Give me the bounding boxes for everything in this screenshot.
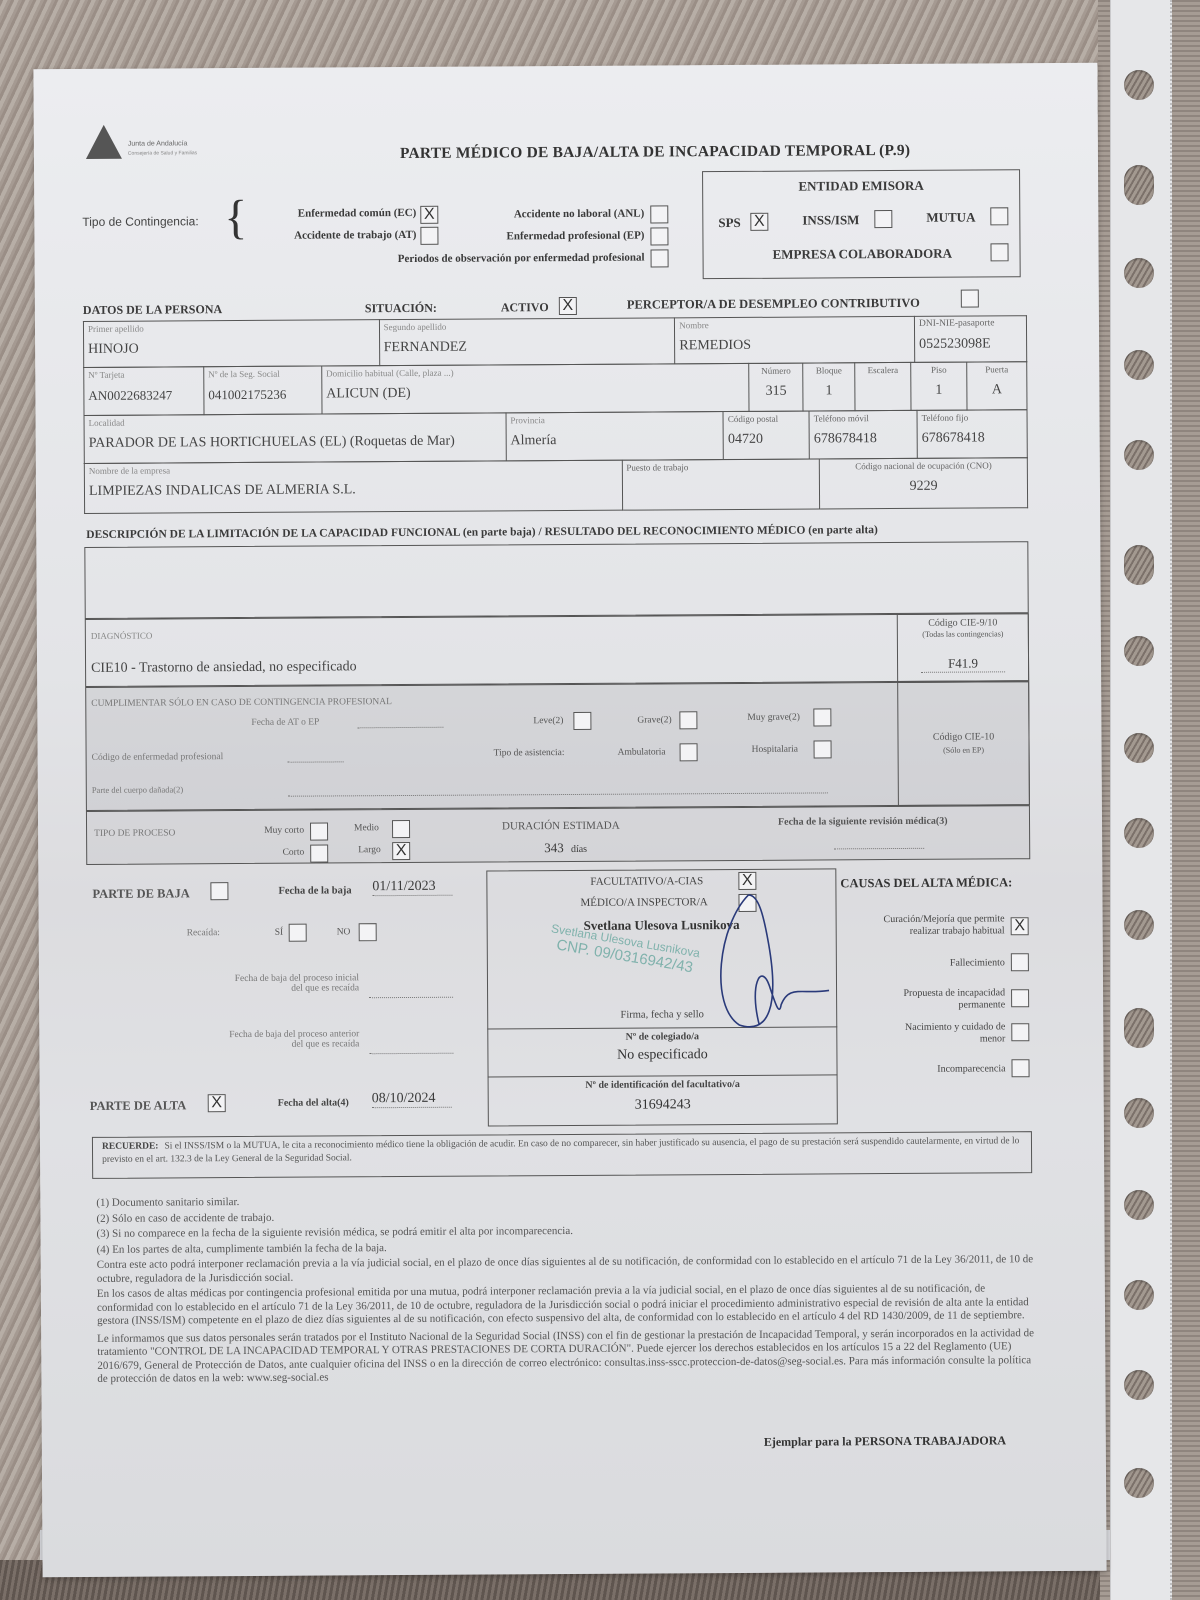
primer-apellido-field[interactable]: HINOJO <box>88 340 375 358</box>
provincia-label: Provincia <box>510 414 719 429</box>
proceso-inicial-label: Fecha de baja del proceso inicial del qu… <box>159 973 359 994</box>
page-title: PARTE MÉDICO DE BAJA/ALTA DE INCAPACIDAD… <box>400 142 910 163</box>
entidad-emisora-title: ENTIDAD EMISORA <box>702 177 1020 195</box>
fecha-at-ep-label: Fecha de AT o EP <box>251 718 319 728</box>
causa-nacimiento-line2: menor <box>819 1033 1005 1046</box>
identificacion-field[interactable]: 31694243 <box>488 1096 838 1114</box>
causa-curacion-checkbox[interactable]: X <box>1011 917 1029 935</box>
causa-incomparecencia-label: Incomparecencia <box>819 1063 1005 1075</box>
entidad-sps-checkbox[interactable]: X <box>750 213 768 231</box>
cno-label: Código nacional de ocupación (CNO) <box>824 460 1023 475</box>
recaida-si-checkbox[interactable] <box>289 924 307 942</box>
causa-nacimiento-label: Nacimiento y cuidado de menor <box>819 1021 1005 1046</box>
dni-field[interactable]: 052523098E <box>919 336 1022 353</box>
persona-grid-row4: Nombre de la empresa LIMPIEZAS INDALICAS… <box>84 457 1028 514</box>
causa-curacion-line2: realizar trabajo habitual <box>819 925 1005 938</box>
codigo-ep-label: Código de enfermedad profesional <box>92 752 224 763</box>
datos-persona-title: DATOS DE LA PERSONA <box>83 302 222 318</box>
empresa-field[interactable]: LIMPIEZAS INDALICAS DE ALMERIA S.L. <box>89 481 618 500</box>
empresa-label: Nombre de la empresa <box>89 463 618 480</box>
medio-checkbox[interactable] <box>392 820 410 838</box>
nombre-cell: Nombre REMEDIOS <box>675 316 915 363</box>
largo-checkbox[interactable]: X <box>392 842 410 860</box>
tipo-asistencia-label: Tipo de asistencia: <box>494 748 565 758</box>
telefono-movil-field[interactable]: 678678418 <box>814 431 913 448</box>
sleeve-binder-strip <box>1110 0 1172 1600</box>
corto-label: Corto <box>228 848 304 858</box>
recaida-no-label: NO <box>337 927 351 937</box>
leve-label: Leve(2) <box>533 716 563 726</box>
contingencia-observacion-label: Periodos de observación por enfermedad p… <box>295 252 645 266</box>
contingencia-ep-label: Enfermedad profesional (EP) <box>454 230 644 243</box>
legal-reclamacion: Contra este acto podrá interponer reclam… <box>97 1253 1037 1286</box>
duracion-value[interactable]: 343 días <box>544 840 587 856</box>
contingencia-label: Tipo de Contingencia: <box>82 214 198 229</box>
descripcion-title: DESCRIPCIÓN DE LA LIMITACIÓN DE LA CAPAC… <box>86 524 878 541</box>
causa-incapacidad-line1: Propuesta de incapacidad <box>819 987 1005 1000</box>
seg-social-label: Nº de la Seg. Social <box>208 369 317 384</box>
tarjeta-field[interactable]: AN0022683247 <box>88 387 199 404</box>
recaida-no-checkbox[interactable] <box>359 923 377 941</box>
dni-label: DNI-NIE-pasaporte <box>919 318 1022 333</box>
telefono-movil-cell: Teléfono móvil 678678418 <box>809 410 917 459</box>
segundo-apellido-field[interactable]: FERNANDEZ <box>384 338 671 356</box>
puesto-label: Puesto de trabajo <box>626 461 815 476</box>
cie10-ep-sublabel: (Sólo en EP) <box>898 745 1030 755</box>
medio-label: Medio <box>354 823 379 833</box>
codigo-postal-field[interactable]: 04720 <box>728 432 805 448</box>
telefono-fijo-field[interactable]: 678678418 <box>922 430 1023 447</box>
binder-hole-icon <box>1124 1008 1154 1048</box>
causa-curacion-line1: Curación/Mejoría que permite <box>819 913 1005 926</box>
binder-hole-icon <box>1124 910 1154 940</box>
codigo-cie-label: Código CIE-9/10 <box>897 617 1029 629</box>
muy-corto-checkbox[interactable] <box>310 822 328 840</box>
localidad-cell: Localidad PARADOR DE LAS HORTICHUELAS (E… <box>84 413 506 464</box>
bloque-field[interactable]: 1 <box>808 383 851 399</box>
activo-label: ACTIVO <box>501 300 549 315</box>
parte-cuerpo-label: Parte del cuerpo dañada(2) <box>92 784 183 795</box>
ambulatoria-checkbox[interactable] <box>680 743 698 761</box>
logo-subtext: Consejería de Salud y Familias <box>128 150 197 156</box>
cie10-ep-box <box>897 681 1030 806</box>
segundo-apellido-label: Segundo apellido <box>384 320 671 336</box>
causa-incapacidad-label: Propuesta de incapacidad permanente <box>819 987 1005 1012</box>
legal-proteccion-datos: Le informamos que sus datos personales s… <box>97 1327 1037 1387</box>
escalera-label: Escalera <box>859 365 906 379</box>
duracion-days: 343 <box>544 840 564 855</box>
contingencia-profesional-title: CUMPLIMENTAR SÓLO EN CASO DE CONTINGENCI… <box>91 697 392 709</box>
binder-hole-icon <box>1124 1468 1154 1498</box>
revision-label: Fecha de la siguiente revisión médica(3) <box>778 816 948 828</box>
recuerde-label: RECUERDE: <box>102 1142 159 1152</box>
binder-hole-icon <box>1124 1190 1154 1220</box>
persona-grid-row3: Localidad PARADOR DE LAS HORTICHUELAS (E… <box>84 409 1028 464</box>
tipo-proceso-title: TIPO DE PROCESO <box>94 828 175 838</box>
descripcion-field[interactable] <box>84 541 1028 619</box>
brace-icon: { <box>224 194 247 242</box>
activo-checkbox[interactable]: X <box>559 297 577 315</box>
footnotes: (1) Documento sanitario similar. (2) Sól… <box>96 1191 1037 1388</box>
diagnostico-field[interactable]: CIE10 - Trastorno de ansiedad, no especi… <box>91 659 357 677</box>
colegiado-label: Nº de colegiado/a <box>487 1030 837 1043</box>
logo-a-icon <box>86 125 122 159</box>
binder-hole-icon <box>1124 440 1154 470</box>
junta-andalucia-logo <box>86 125 122 159</box>
domicilio-field[interactable]: ALICUN (DE) <box>326 384 744 403</box>
duracion-unit: días <box>571 844 587 855</box>
codigo-cie-field[interactable]: F41.9 <box>921 655 1005 673</box>
numero-label: Número <box>753 366 798 380</box>
muy-corto-label: Muy corto <box>228 826 304 836</box>
segundo-apellido-cell: Segundo apellido FERNANDEZ <box>379 318 675 366</box>
entidad-empresa-checkbox[interactable] <box>990 243 1008 261</box>
hospitalaria-label: Hospitalaria <box>752 745 798 755</box>
duracion-label: DURACIÓN ESTIMADA <box>502 820 620 833</box>
causa-incapacidad-checkbox[interactable] <box>1011 989 1029 1007</box>
fecha-baja-field[interactable]: 01/11/2023 <box>372 879 452 896</box>
proceso-anterior-label-line2: del que es recaída <box>159 1039 359 1050</box>
binder-hole-icon <box>1124 1098 1154 1128</box>
legal-mutua: En los casos de altas médicas por contin… <box>97 1282 1037 1328</box>
parte-baja-checkbox[interactable] <box>210 882 228 900</box>
piso-field[interactable]: 1 <box>915 383 962 399</box>
contingencia-ep-checkbox[interactable] <box>650 227 668 245</box>
proceso-inicial-field[interactable] <box>369 997 453 999</box>
causa-fallecimiento-checkbox[interactable] <box>1011 953 1029 971</box>
ambulatoria-label: Ambulatoria <box>618 747 666 757</box>
persona-grid-row2: Nº Tarjeta AN0022683247 Nº de la Seg. So… <box>83 361 1027 416</box>
firma-label: Firma, fecha y sello <box>487 1008 837 1021</box>
codigo-postal-cell: Código postal 04720 <box>723 411 809 460</box>
binder-hole-icon <box>1124 350 1154 380</box>
telefono-fijo-cell: Teléfono fijo 678678418 <box>917 410 1027 459</box>
contingencia-ec-label: Enfermedad común (EC) <box>246 207 416 220</box>
tarjeta-cell: Nº Tarjeta AN0022683247 <box>84 367 204 416</box>
recaida-si-label: SÍ <box>275 928 284 938</box>
colegiado-field[interactable]: No especificado <box>487 1046 837 1064</box>
puesto-field[interactable] <box>626 479 815 480</box>
telefono-movil-label: Teléfono móvil <box>814 413 913 428</box>
recaida-label: Recaída: <box>187 928 220 938</box>
causa-nacimiento-line1: Nacimiento y cuidado de <box>819 1021 1005 1034</box>
binder-hole-icon <box>1124 545 1154 585</box>
codigo-postal-label: Código postal <box>728 414 805 428</box>
domicilio-cell: Domicilio habitual (Calle, plaza ...) AL… <box>322 363 750 414</box>
proceso-anterior-field[interactable] <box>369 1053 453 1055</box>
nombre-label: Nombre <box>679 319 910 334</box>
causa-curacion-label: Curación/Mejoría que permite realizar tr… <box>819 913 1005 938</box>
puerta-label: Puerta <box>971 364 1022 378</box>
binder-hole-icon <box>1124 165 1154 205</box>
piso-cell: Piso 1 <box>911 362 967 410</box>
causa-incapacidad-line2: permanente <box>819 999 1005 1012</box>
localidad-label: Localidad <box>89 415 502 432</box>
bloque-label: Bloque <box>807 365 850 379</box>
localidad-field[interactable]: PARADOR DE LAS HORTICHUELAS (EL) (Roquet… <box>89 433 502 452</box>
entidad-mutua-label: MUTUA <box>926 210 975 226</box>
puerta-field[interactable]: A <box>971 382 1022 398</box>
domicilio-label: Domicilio habitual (Calle, plaza ...) <box>326 366 744 383</box>
telefono-fijo-label: Teléfono fijo <box>922 412 1023 427</box>
dni-cell: DNI-NIE-pasaporte 052523098E <box>914 316 1026 363</box>
cie10-ep-label: Código CIE-10 <box>897 731 1029 743</box>
puesto-cell: Puesto de trabajo <box>622 459 820 510</box>
hospitalaria-checkbox[interactable] <box>814 740 832 758</box>
binder-hole-icon <box>1124 733 1154 763</box>
cias-label: FACULTATIVO/A-CIAS <box>590 875 703 888</box>
muy-grave-checkbox[interactable] <box>813 708 831 726</box>
binder-hole-icon <box>1124 1280 1154 1310</box>
identificacion-label: Nº de identificación del facultativo/a <box>488 1078 838 1091</box>
binder-hole-icon <box>1124 70 1154 100</box>
seg-social-cell: Nº de la Seg. Social 041002175236 <box>204 366 322 415</box>
bloque-cell: Bloque 1 <box>803 363 855 411</box>
parte-alta-label: PARTE DE ALTA <box>90 1098 187 1114</box>
ejemplar-label: Ejemplar para la PERSONA TRABAJADORA <box>764 1433 1006 1449</box>
causa-nacimiento-checkbox[interactable] <box>1011 1023 1029 1041</box>
cno-cell: Código nacional de ocupación (CNO) 9229 <box>820 458 1028 509</box>
cno-field[interactable]: 9229 <box>824 478 1023 495</box>
fecha-baja-label: Fecha de la baja <box>278 885 351 896</box>
entidad-inss-label: INSS/ISM <box>802 212 859 228</box>
binder-hole-icon <box>1124 818 1154 848</box>
causa-incomparecencia-checkbox[interactable] <box>1011 1059 1029 1077</box>
muy-grave-label: Muy grave(2) <box>747 713 800 723</box>
puerta-cell: Puerta A <box>967 362 1027 410</box>
entidad-mutua-checkbox[interactable] <box>990 207 1008 225</box>
contingencia-anl-label: Accidente no laboral (ANL) <box>454 208 644 221</box>
nombre-field[interactable]: REMEDIOS <box>679 337 910 354</box>
medical-form-paper: Junta de Andalucía Consejería de Salud y… <box>33 63 1106 1577</box>
contingencia-anl-checkbox[interactable] <box>650 205 668 223</box>
binder-hole-icon <box>1124 258 1154 288</box>
causas-alta-title: CAUSAS DEL ALTA MÉDICA: <box>840 875 1012 891</box>
contingencia-at-checkbox[interactable] <box>420 227 438 245</box>
leve-checkbox[interactable] <box>573 712 591 730</box>
perceptor-label: PERCEPTOR/A DE DESEMPLEO CONTRIBUTIVO <box>627 296 920 313</box>
contingencia-observacion-checkbox[interactable] <box>651 249 669 267</box>
causa-fallecimiento-label: Fallecimiento <box>819 957 1005 969</box>
parte-alta-checkbox[interactable]: X <box>208 1094 226 1112</box>
entidad-empresa-label: EMPRESA COLABORADORA <box>773 246 953 263</box>
primer-apellido-cell: Primer apellido HINOJO <box>83 320 379 368</box>
fecha-alta-field[interactable]: 08/10/2024 <box>372 1091 452 1108</box>
tarjeta-label: Nº Tarjeta <box>88 369 199 384</box>
situacion-label: SITUACIÓN: <box>365 301 437 316</box>
entidad-sps-label: SPS <box>718 215 741 231</box>
proceso-anterior-label: Fecha de baja del proceso anterior del q… <box>159 1029 359 1050</box>
contingencia-at-label: Accidente de trabajo (AT) <box>246 229 416 242</box>
grave-label: Grave(2) <box>637 715 671 725</box>
provincia-cell: Provincia Almería <box>506 412 724 461</box>
primer-apellido-label: Primer apellido <box>88 322 375 338</box>
proceso-inicial-label-line2: del que es recaída <box>159 983 359 994</box>
fecha-alta-label: Fecha del alta(4) <box>278 1097 349 1108</box>
corto-checkbox[interactable] <box>310 844 328 862</box>
provincia-field[interactable]: Almería <box>510 432 719 449</box>
parte-baja-label: PARTE DE BAJA <box>92 886 189 902</box>
persona-grid-row1: Primer apellido HINOJO Segundo apellido … <box>83 315 1027 368</box>
codigo-cie-sublabel: (Todas las contingencias) <box>897 629 1029 639</box>
escalera-cell: Escalera <box>855 362 911 410</box>
piso-label: Piso <box>915 365 962 379</box>
grave-checkbox[interactable] <box>679 711 697 729</box>
logo-text: Junta de Andalucía <box>128 140 188 147</box>
empresa-cell: Nombre de la empresa LIMPIEZAS INDALICAS… <box>84 460 622 513</box>
numero-cell: Número 315 <box>749 363 803 411</box>
binder-hole-icon <box>1124 1370 1154 1400</box>
seg-social-field[interactable]: 041002175236 <box>208 387 317 404</box>
recuerde-text: Si el INSS/ISM o la MUTUA, le cita a rec… <box>102 1136 1019 1165</box>
binder-hole-icon <box>1124 636 1154 666</box>
diagnostico-label: DIAGNÓSTICO <box>91 631 153 641</box>
entidad-inss-checkbox[interactable] <box>874 210 892 228</box>
numero-field[interactable]: 315 <box>754 384 799 400</box>
perceptor-checkbox[interactable] <box>961 289 979 307</box>
largo-label: Largo <box>358 845 381 855</box>
inspector-label: MÉDICO/A INSPECTOR/A <box>580 896 707 909</box>
contingencia-ec-checkbox[interactable]: X <box>420 206 438 224</box>
